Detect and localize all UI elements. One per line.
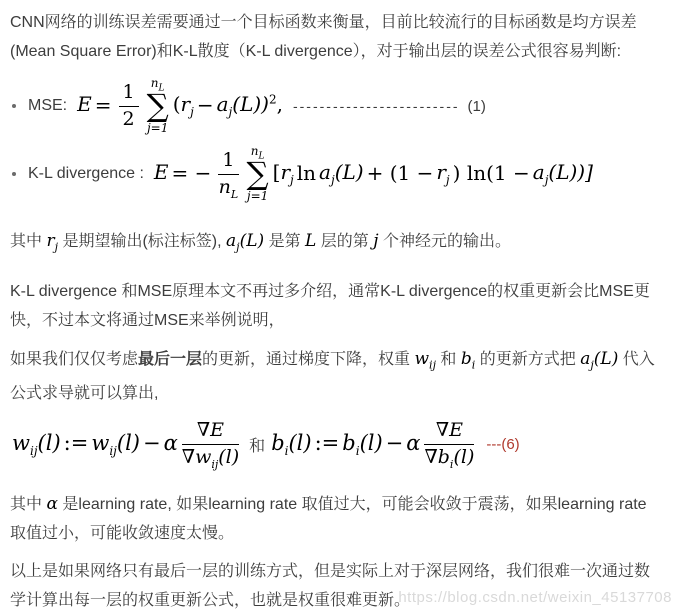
- math-a-j-L: aj(L): [226, 231, 264, 251]
- update-formula-w: wij(l):=wij(l)−α∇E∇wij(l): [12, 420, 243, 469]
- sigma-symbol: ∑: [247, 159, 269, 190]
- paragraph-intro: CNN网络的训练误差需要通过一个目标函数来衡量，目前比较流行的目标函数是均方误差…: [10, 8, 662, 66]
- kl-label: K-L divergence :: [28, 165, 144, 183]
- sigma-symbol: ∑: [147, 91, 169, 122]
- list-item-kl: K-L divergence : E= −1nLnL∑j=1[rjlnaj(L)…: [12, 143, 593, 205]
- math-r-j: rj: [46, 231, 58, 251]
- article-page: CNN网络的训练误差需要通过一个目标函数来衡量，目前比较流行的目标函数是均方误差…: [0, 0, 674, 612]
- math-alpha: α: [46, 494, 57, 514]
- fraction: ∇E∇bi(l): [424, 420, 474, 469]
- summation: nL∑j=1: [247, 145, 269, 202]
- bold-last-layer: 最后一层: [138, 351, 202, 368]
- fraction: 1nL: [218, 150, 238, 199]
- dashed-rule: -------------------------: [293, 98, 460, 114]
- math-w-ij: wij: [414, 349, 436, 369]
- paragraph-where: 其中 rj 是期望输出(标注标签), aj(L) 是第 L 层的第 j 个神经元…: [10, 227, 662, 261]
- list-item-mse: MSE: E=12nL∑j=1(rj−aj(L))2, ------------…: [12, 76, 486, 136]
- paragraph-last-layer: 如果我们仅仅考虑最后一层的更新，通过梯度下降，权重 wij 和 bi 的更新方式…: [10, 345, 662, 408]
- fraction: ∇E∇wij(l): [182, 420, 239, 469]
- bullet-icon: [12, 104, 16, 108]
- equation-number-1: (1): [468, 98, 486, 115]
- paragraph-kl-vs-mse: K-L divergence 和MSE原理本文不再过多介绍，通常K-L dive…: [10, 277, 662, 335]
- bullet-icon: [12, 172, 16, 176]
- math-L: L: [305, 231, 316, 251]
- equation-number-6: ---(6): [486, 436, 519, 453]
- fraction: 12: [119, 82, 139, 131]
- kl-formula: E= −1nLnL∑j=1[rjlnaj(L)+ (1 −rj) ln(1 −a…: [154, 145, 593, 202]
- mse-formula: E=12nL∑j=1(rj−aj(L))2,: [77, 77, 283, 134]
- update-formula-b: bi(l):=bi(l)−α∇E∇bi(l): [271, 420, 478, 469]
- watermark-url: https://blog.csdn.net/weixin_45137708: [398, 589, 672, 606]
- math-a-j-L: aj(L): [580, 349, 618, 369]
- math-b-i: bi: [461, 349, 475, 369]
- mse-label: MSE:: [28, 97, 67, 115]
- and-connector: 和: [243, 433, 271, 456]
- paragraph-learning-rate: 其中 α 是learning rate, 如果learning rate 取值过…: [10, 490, 662, 548]
- formula-weight-update: wij(l):=wij(l)−α∇E∇wij(l) 和 bi(l):=bi(l)…: [12, 415, 520, 473]
- summation: nL∑j=1: [147, 77, 169, 134]
